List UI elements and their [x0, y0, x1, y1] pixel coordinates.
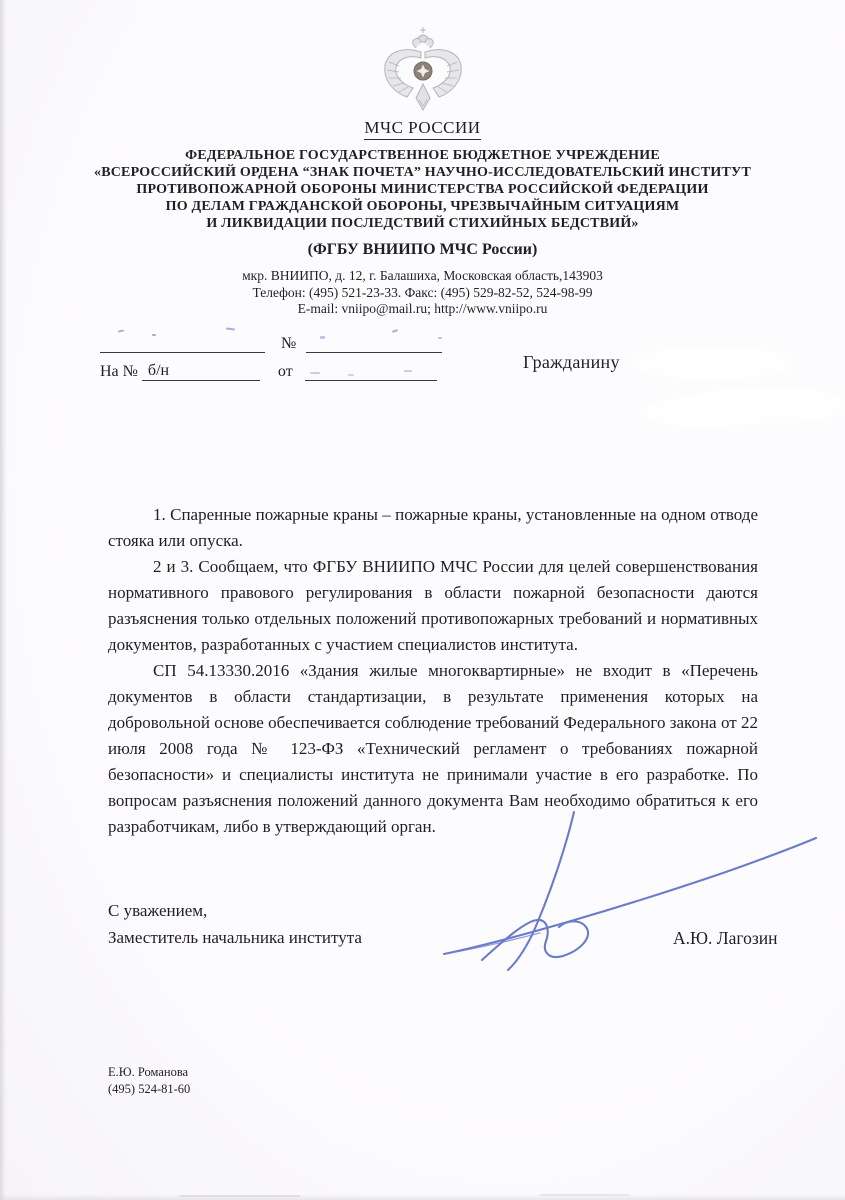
erased-pen-mark: [226, 327, 235, 330]
org-name-line: ПО ДЕЛАМ ГРАЖДАНСКОЙ ОБОРОНЫ, ЧРЕЗВЫЧАЙН…: [0, 198, 845, 215]
erased-pen-mark: [152, 334, 156, 336]
erased-pen-mark: [118, 329, 124, 332]
email-website-line: E-mail: vniipo@mail.ru; http://www.vniip…: [0, 301, 845, 318]
scan-smudge: [180, 1195, 300, 1197]
executor-name: Е.Ю. Романова: [108, 1064, 190, 1081]
signer-position: Заместитель начальника института: [108, 928, 362, 948]
from-label: от: [278, 363, 293, 381]
scan-smudge: [540, 1194, 630, 1196]
contact-block: мкр. ВНИИПО, д. 12, г. Балашиха, Московс…: [0, 268, 845, 318]
org-name-line: ПРОТИВОПОЖАРНОЙ ОБОРОНЫ МИНИСТЕРСТВА РОС…: [0, 181, 845, 198]
addressee-label: Гражданину: [523, 352, 620, 373]
erased-date-mark: [404, 370, 412, 372]
executor-block: Е.Ю. Романова (495) 524-81-60: [108, 1064, 190, 1098]
postal-address: мкр. ВНИИПО, д. 12, г. Балашиха, Московс…: [0, 268, 845, 285]
scan-edge-shadow-bottom: [0, 1194, 845, 1200]
body-paragraph: 2 и 3. Сообщаем, что ФГБУ ВНИИПО МЧС Рос…: [108, 554, 758, 658]
incoming-number-field: б/н: [142, 362, 260, 381]
whiteout-redaction: [638, 352, 788, 374]
whiteout-redaction: [650, 402, 760, 422]
org-name-line: И ЛИКВИДАЦИИ ПОСЛЕДСТВИЙ СТИХИЙНЫХ БЕДСТ…: [0, 215, 845, 232]
scanned-letter-page: МЧС РОССИИ ФЕДЕРАЛЬНОЕ ГОСУДАРСТВЕННОЕ Б…: [0, 0, 845, 1200]
erased-pen-mark: [320, 336, 325, 339]
executor-phone: (495) 524-81-60: [108, 1081, 190, 1098]
outgoing-date-underline: [100, 334, 265, 353]
phone-fax-line: Телефон: (495) 521-23-33. Факс: (495) 52…: [0, 285, 845, 302]
erased-date-mark: [310, 372, 320, 374]
reply-to-label: На №: [100, 363, 138, 381]
erased-pen-mark: [438, 337, 442, 339]
erased-pen-mark: [392, 329, 398, 333]
erased-date-mark: [348, 374, 354, 376]
body-paragraph: 1. Спаренные пожарные краны – пожарные к…: [108, 502, 758, 554]
mchs-emblem-icon: [375, 26, 471, 114]
closing-salutation: С уважением,: [108, 901, 207, 921]
organization-short-name: (ФГБУ ВНИИПО МЧС России): [0, 241, 845, 259]
number-sign-label: №: [281, 335, 296, 353]
signer-name: А.Ю. Лагозин: [673, 928, 778, 949]
organization-name: ФЕДЕРАЛЬНОЕ ГОСУДАРСТВЕННОЕ БЮДЖЕТНОЕ УЧ…: [0, 147, 845, 232]
letterhead: МЧС РОССИИ ФЕДЕРАЛЬНОЕ ГОСУДАРСТВЕННОЕ Б…: [0, 26, 845, 318]
ministry-title: МЧС РОССИИ: [364, 118, 480, 140]
org-name-line: «ВСЕРОССИЙСКИЙ ОРДЕНА “ЗНАК ПОЧЕТА” НАУЧ…: [0, 164, 845, 181]
incoming-date-underline: [305, 362, 437, 381]
org-name-line: ФЕДЕРАЛЬНОЕ ГОСУДАРСТВЕННОЕ БЮДЖЕТНОЕ УЧ…: [0, 147, 845, 164]
handwritten-signature: [420, 790, 840, 980]
outgoing-number-underline: [306, 334, 442, 353]
